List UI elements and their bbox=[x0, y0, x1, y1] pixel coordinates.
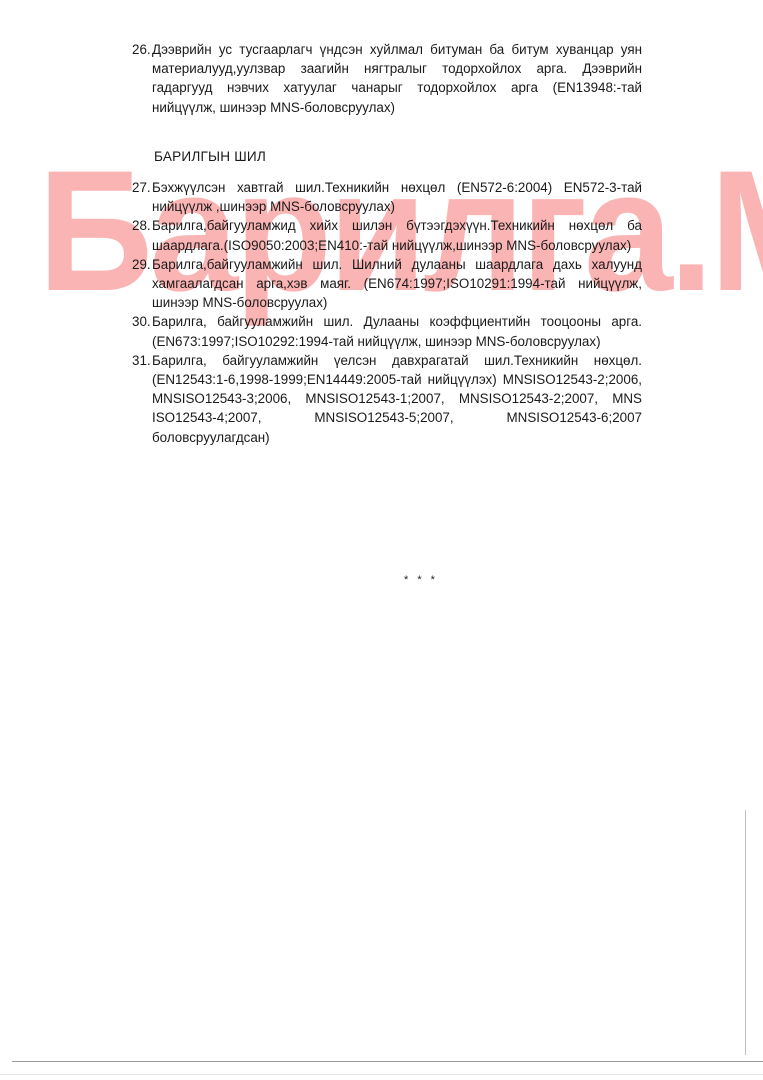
item-number: 29. bbox=[132, 255, 152, 313]
list-item: 27. Бэхжүүлсэн хавтгай шил.Техникийн нөх… bbox=[132, 178, 642, 216]
list-item: 29. Барилга,байгууламжийн шил. Шилний ду… bbox=[132, 255, 642, 313]
item-text: Барилга,байгууламжийн шил. Шилний дулаан… bbox=[152, 255, 642, 313]
item-text: Барилга, байгууламжийн шил. Дулааны коэф… bbox=[152, 312, 642, 350]
list-item: 28. Барилга,байгууламжид хийх шилэн бүтэ… bbox=[132, 216, 642, 254]
item-number: 28. bbox=[132, 216, 152, 254]
scan-edge-right bbox=[745, 810, 746, 1055]
item-text: Барилга, байгууламжийн үелсэн давхрагата… bbox=[152, 351, 642, 447]
scan-edge-bottom-faint bbox=[0, 1074, 763, 1075]
item-text: Барилга,байгууламжид хийх шилэн бүтээгдэ… bbox=[152, 216, 642, 254]
item-text: Бэхжүүлсэн хавтгай шил.Техникийн нөхцөл … bbox=[152, 178, 642, 216]
item-text: Дээврийн ус тусгаарлагч үндсэн хуйлмал б… bbox=[152, 40, 642, 117]
item-number: 27. bbox=[132, 178, 152, 216]
list-item: 30. Барилга, байгууламжийн шил. Дулааны … bbox=[132, 312, 642, 350]
list-item: 26. Дээврийн ус тусгаарлагч үндсэн хуйлм… bbox=[132, 40, 642, 117]
item-number: 31. bbox=[132, 351, 152, 447]
item-number: 26. bbox=[132, 40, 152, 117]
section-heading: БАРИЛГЫН ШИЛ bbox=[154, 147, 642, 166]
list-item: 31. Барилга, байгууламжийн үелсэн давхра… bbox=[132, 351, 642, 447]
document-body: 26. Дээврийн ус тусгаарлагч үндсэн хуйлм… bbox=[132, 40, 642, 447]
document-page: Барилга.МН 26. Дээврийн ус тусгаарлагч ү… bbox=[0, 0, 763, 1080]
item-number: 30. bbox=[132, 312, 152, 350]
scan-edge-bottom bbox=[12, 1061, 763, 1062]
end-marker: * * * bbox=[404, 574, 438, 586]
